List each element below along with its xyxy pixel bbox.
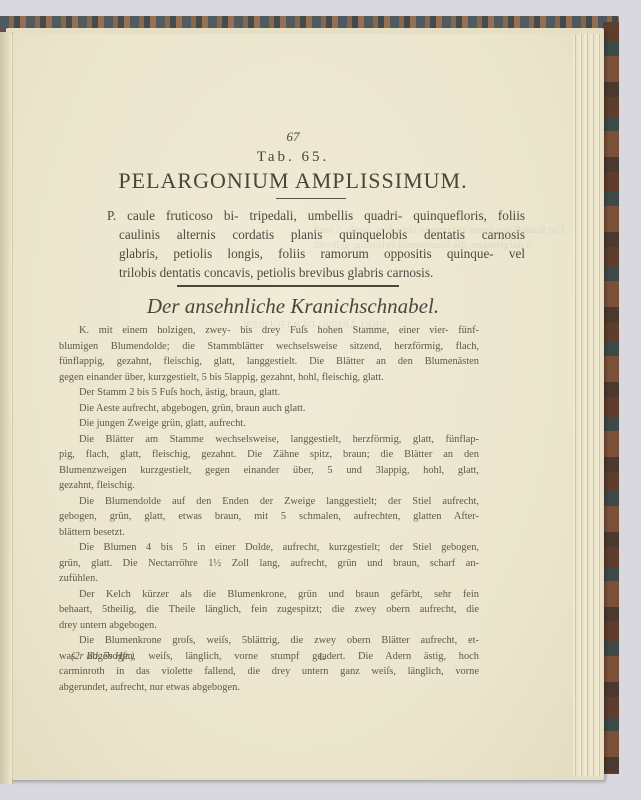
latin-line: trilobis dentatis concavis, petiolis bre… xyxy=(107,263,525,282)
volume-note: (2r Bd. 5s Hft.) xyxy=(71,651,134,662)
body-line: Die Blumenkrone groſs, weiſs, 5blättrig,… xyxy=(59,633,479,649)
latin-description: P. caule fruticoso bi- tripedali, umbell… xyxy=(107,206,525,282)
page-footer: (2r Bd. 5s Hft.) L xyxy=(59,651,479,667)
body-line: behaart, 5theilig, die Theile länglich, … xyxy=(59,602,479,618)
plate-label: Tab. 65. xyxy=(13,149,573,166)
body-line: gegen einander über, kurzgestielt, 5 bis… xyxy=(59,370,479,386)
body-line: Die Blumen 4 bis 5 in einer Dolde, aufre… xyxy=(59,540,479,556)
body-line: Der Stamm 2 bis 5 Fuſs hoch, ästig, brau… xyxy=(59,385,479,401)
body-line: gezahnt, fleischig. xyxy=(59,478,479,494)
body-line: Blumenzweigen kurzgestielt, gegen einand… xyxy=(59,463,479,479)
german-description: K. mit einem holzigen, zwey- bis drey Fu… xyxy=(59,323,479,695)
latin-line: glabris, petiolis longis, foliis ramorum… xyxy=(107,244,525,263)
latin-line: caulinis alternis cordatis planis quinqu… xyxy=(107,225,525,244)
page-number: 67 xyxy=(13,129,573,145)
page-edges xyxy=(572,34,602,776)
body-line: fünflappig, gezahnt, fleischig, glatt, l… xyxy=(59,354,479,370)
species-title: PELARGONIUM AMPLISSIMUM. xyxy=(13,168,573,194)
german-title: Der ansehnliche Kranichschnabel. xyxy=(13,294,573,319)
body-line: grün, glatt. Die Nectarröhre 1½ Zoll lan… xyxy=(59,556,479,572)
marbled-cover-right-edge xyxy=(603,22,619,774)
body-line: K. mit einem holzigen, zwey- bis drey Fu… xyxy=(59,323,479,339)
book-page: Die Staubfäden unten zusammen ohne frey,… xyxy=(12,34,573,778)
body-line: blumigen Blumendolde; die Stammblätter w… xyxy=(59,339,479,355)
body-line: blättern besetzt. xyxy=(59,525,479,541)
latin-line: P. caule fruticoso bi- tripedali, umbell… xyxy=(107,206,525,225)
body-line: zufühlen. xyxy=(59,571,479,587)
body-line: drey untern abgebogen. xyxy=(59,618,479,634)
body-line: Die Blumendolde auf den Enden der Zweige… xyxy=(59,494,479,510)
body-line: Die Blätter am Stamme wechselsweise, lan… xyxy=(59,432,479,448)
section-divider xyxy=(177,285,399,287)
body-line: Die Aeste aufrecht, abgebogen, grün, bra… xyxy=(59,401,479,417)
body-line: gebogen, grün, glatt, etwas braun, mit 5… xyxy=(59,509,479,525)
body-line: Die jungen Zweige grün, glatt, aufrecht. xyxy=(59,416,479,432)
body-line: Der Kelch kürzer als die Blumenkrone, gr… xyxy=(59,587,479,603)
body-line: abgerundet, aufrecht, nur etwas abgeboge… xyxy=(59,680,479,696)
signature-mark: L xyxy=(319,651,326,663)
title-divider xyxy=(276,198,346,199)
body-line: pig, flach, glatt, fleischig, gezahnt. D… xyxy=(59,447,479,463)
